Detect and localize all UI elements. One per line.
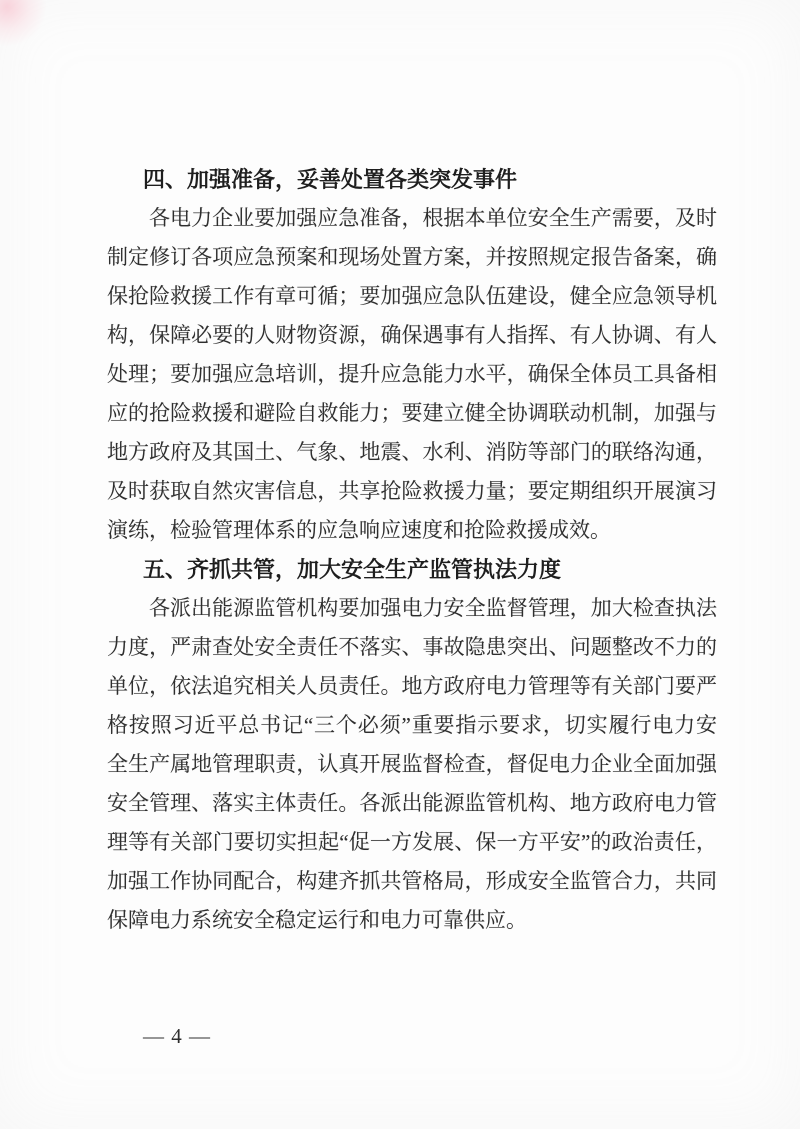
body-line: 加强工作协同配合，构建齐抓共管格局，形成安全监管合力，共同 [107, 862, 717, 901]
body-line: 保障电力系统安全稳定运行和电力可靠供应。 [107, 901, 717, 940]
body-line: 制定修订各项应急预案和现场处置方案，并按照规定报告备案，确 [107, 238, 717, 277]
page-number: — 4 — [143, 1024, 211, 1049]
body-line: 理等有关部门要切实担起“促一方发展、保一方平安”的政治责任， [107, 823, 717, 862]
document-body: 四、加强准备，妥善处置各类突发事件 各电力企业要加强应急准备，根据本单位安全生产… [107, 160, 717, 940]
body-line: 格按照习近平总书记“三个必须”重要指示要求，切实履行电力安 [107, 706, 717, 745]
scan-smudge [0, 0, 46, 46]
section-4-emergency-preparedness: 四、加强准备，妥善处置各类突发事件 各电力企业要加强应急准备，根据本单位安全生产… [107, 160, 717, 550]
body-line: 应的抢险救援和避险自救能力；要建立健全协调联动机制，加强与 [107, 394, 717, 433]
body-line: 单位，依法追究相关人员责任。地方政府电力管理等有关部门要严 [107, 667, 717, 706]
body-line: 全生产属地管理职责，认真开展监督检查，督促电力企业全面加强 [107, 745, 717, 784]
section-heading: 四、加强准备，妥善处置各类突发事件 [107, 160, 717, 199]
section-5-joint-supervision: 五、齐抓共管，加大安全生产监管执法力度 各派出能源监管机构要加强电力安全监督管理… [107, 550, 717, 940]
body-line: 处理；要加强应急培训，提升应急能力水平，确保全体员工具备相 [107, 355, 717, 394]
body-line: 安全管理、落实主体责任。各派出能源监管机构、地方政府电力管 [107, 784, 717, 823]
section-heading: 五、齐抓共管，加大安全生产监管执法力度 [107, 550, 717, 589]
body-line: 演练，检验管理体系的应急响应速度和抢险救援成效。 [107, 511, 717, 550]
body-line: 构，保障必要的人财物资源，确保遇事有人指挥、有人协调、有人 [107, 316, 717, 355]
body-line: 力度，严肃查处安全责任不落实、事故隐患突出、问题整改不力的 [107, 628, 717, 667]
document-page: 四、加强准备，妥善处置各类突发事件 各电力企业要加强应急准备，根据本单位安全生产… [0, 0, 800, 1129]
body-line: 保抢险救援工作有章可循；要加强应急队伍建设，健全应急领导机 [107, 277, 717, 316]
body-line: 各派出能源监管机构要加强电力安全监督管理，加大检查执法 [107, 589, 717, 628]
body-line: 地方政府及其国土、气象、地震、水利、消防等部门的联络沟通， [107, 433, 717, 472]
body-line: 及时获取自然灾害信息，共享抢险救援力量；要定期组织开展演习 [107, 472, 717, 511]
body-line: 各电力企业要加强应急准备，根据本单位安全生产需要，及时 [107, 199, 717, 238]
